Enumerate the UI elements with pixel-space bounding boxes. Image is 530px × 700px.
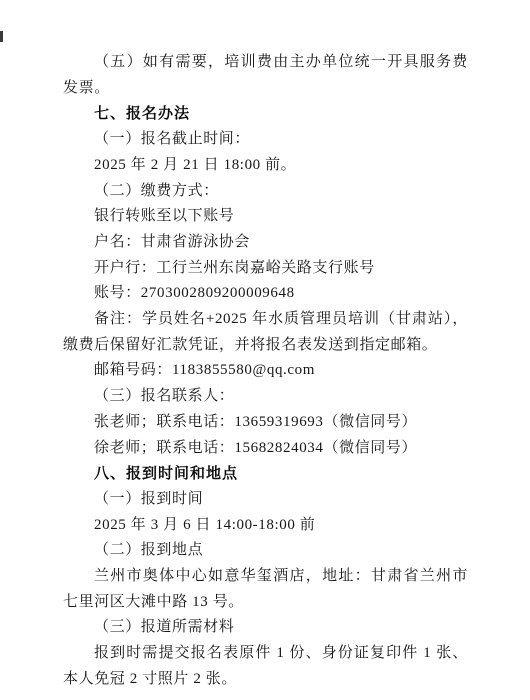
- paragraph-materials-label: （三）报道所需材料: [63, 615, 468, 641]
- paragraph-deadline-label: （一）报名截止时间：: [63, 127, 468, 153]
- scan-artifact-mark: [0, 31, 3, 42]
- paragraph-invoice-note: （五）如有需要，培训费由主办单位统一开具服务费发票。: [63, 50, 468, 101]
- paragraph-contact-xu: 徐老师；联系电话：15682824034（微信同号）: [63, 436, 468, 462]
- section-heading-checkin: 八、报到时间和地点: [63, 461, 468, 487]
- paragraph-payment-label: （二）缴费方式：: [63, 179, 468, 205]
- paragraph-bank-branch: 开户行：工行兰州东岗嘉峪关路支行账号: [63, 256, 468, 282]
- paragraph-contacts-label: （三）报名联系人：: [63, 384, 468, 410]
- document-page: （五）如有需要，培训费由主办单位统一开具服务费发票。 七、报名办法 （一）报名截…: [0, 0, 530, 700]
- paragraph-checkin-place-label: （二）报到地点: [63, 538, 468, 564]
- paragraph-bank-transfer: 银行转账至以下账号: [63, 204, 468, 230]
- paragraph-account-name: 户名：甘肃省游泳协会: [63, 230, 468, 256]
- paragraph-deadline-date: 2025 年 2 月 21 日 18:00 前。: [63, 153, 468, 179]
- paragraph-remark: 备注：学员姓名+2025 年水质管理员培训（甘肃站），缴费后保留好汇款凭证，并将…: [63, 307, 468, 358]
- paragraph-contact-zhang: 张老师；联系电话：13659319693（微信同号）: [63, 410, 468, 436]
- paragraph-checkin-time: 2025 年 3 月 6 日 14:00-18:00 前: [63, 513, 468, 539]
- document-content: （五）如有需要，培训费由主办单位统一开具服务费发票。 七、报名办法 （一）报名截…: [63, 50, 468, 693]
- paragraph-checkin-address: 兰州市奥体中心如意华玺酒店，地址：甘肃省兰州市七里河区大滩中路 13 号。: [63, 564, 468, 615]
- paragraph-checkin-time-label: （一）报到时间: [63, 487, 468, 513]
- paragraph-account-number: 账号：2703002809200009648: [63, 281, 468, 307]
- paragraph-materials-detail: 报到时需提交报名表原件 1 份、身份证复印件 1 张、本人免冠 2 寸照片 2 …: [63, 641, 468, 692]
- section-heading-registration: 七、报名办法: [63, 101, 468, 127]
- paragraph-email: 邮箱号码：1183855580@qq.com: [63, 358, 468, 384]
